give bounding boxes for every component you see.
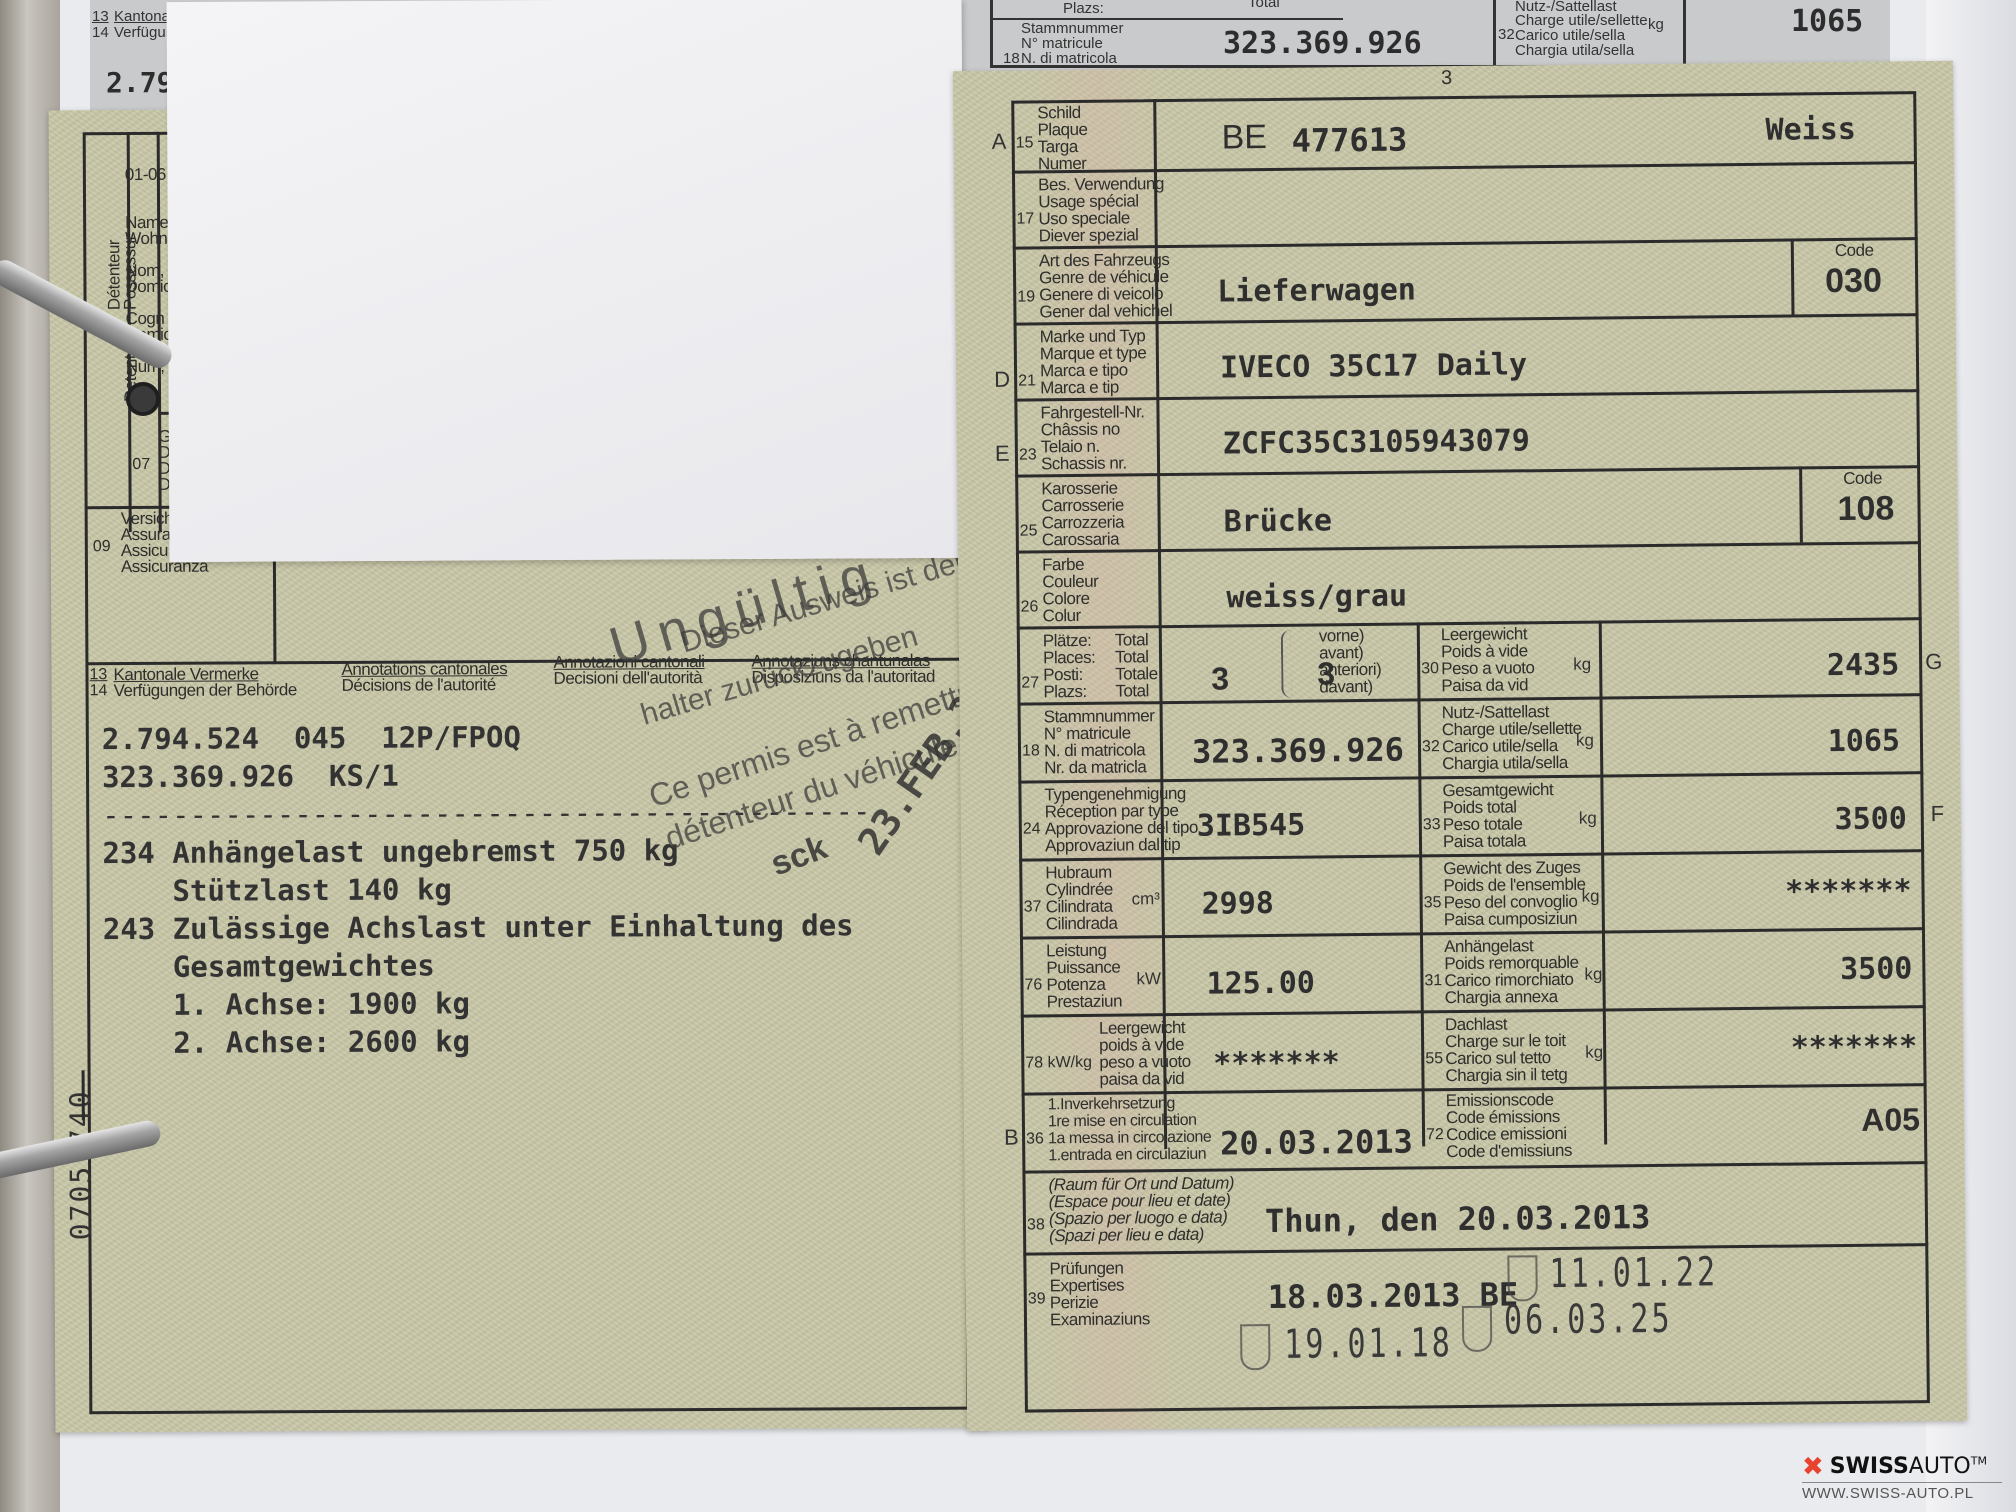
watermark-brand: ✖ SWISSAUTOTM — [1802, 1454, 2002, 1479]
bg-label-13: Kantonal — [114, 10, 173, 24]
vehicle-type-code: 030 — [1825, 262, 1882, 302]
field-18-num: 18 — [1022, 742, 1040, 760]
field-37-label-2: Cylindrée — [1045, 881, 1112, 899]
inspection-stamp-2: 11.01.22 — [1549, 1249, 1718, 1297]
bg-vline — [1683, 0, 1686, 68]
field-36-label-4: 1.entrada en circulaziun — [1048, 1146, 1206, 1165]
field-32-num: 32 — [1422, 738, 1440, 756]
field-31-label-4: Chargia annexa — [1445, 988, 1558, 1006]
field-27-num: 27 — [1021, 674, 1039, 692]
annotation-line-234: 234 Anhängelast ungebremst 750 kg — [102, 831, 678, 872]
bg-field-32-num: 32 — [1498, 28, 1515, 42]
field-33-label-2: Poids total — [1443, 798, 1517, 816]
empty-weight-value: 2435 — [1659, 647, 1899, 685]
row-letter-e: E — [995, 441, 1010, 467]
field-72-num: 72 — [1426, 1126, 1444, 1144]
row-letter-a: A — [992, 129, 1007, 155]
bg-field-32-label-4: Chargia utila/sella — [1515, 44, 1634, 58]
roof-load-value: ******* — [1677, 1029, 1917, 1067]
annotations-fr-2: Décisions de l'autorité — [342, 676, 496, 694]
inspection-stamp-1: 19.01.18 — [1284, 1320, 1453, 1368]
field-21-label-2: Marque et type — [1040, 344, 1147, 362]
field-72-label-4: Code d'emissiuns — [1446, 1142, 1572, 1160]
field-35-label-4: Paisa cumposiziun — [1444, 910, 1577, 928]
row-letter-b: B — [1004, 1125, 1019, 1151]
place-date-value: Thun, den 20.03.2013 — [1265, 1198, 1651, 1240]
bg-places-total: Total — [1248, 0, 1280, 10]
bg-field-18-num: 18 — [1003, 52, 1020, 66]
trademark: TM — [1971, 1455, 1987, 1468]
field-33-label-4: Paisa totala — [1443, 832, 1526, 850]
field-33-label-1: Gesamtgewicht — [1442, 781, 1553, 799]
places-total-4: Total — [1115, 682, 1149, 699]
annotation-line-stuetzlast: Stützlast 140 kg — [103, 870, 452, 910]
field-39-num: 39 — [1028, 1290, 1046, 1308]
field-32-label-4: Chargia utila/sella — [1442, 754, 1568, 772]
serial-number-vertical: 0705 740 — [64, 1089, 98, 1240]
brand-light: AUTO — [1909, 1454, 1971, 1479]
field-25-label-4: Carossaria — [1042, 531, 1119, 549]
field-36-num: 36 — [1026, 1130, 1044, 1148]
annotation-line-243: 243 Zulässige Achslast unter Einhaltung … — [103, 906, 854, 948]
field-37-label-4: Cilindrada — [1046, 915, 1118, 933]
field-18-label-4: Nr. da matricla — [1044, 758, 1146, 776]
bg-field-32-unit: kg — [1648, 18, 1664, 32]
places-label-1: Plätze: — [1043, 632, 1092, 650]
field-26-label-1: Farbe — [1042, 556, 1084, 573]
field-21-label-4: Marca e tip — [1040, 379, 1119, 397]
field-19-num: 19 — [1017, 288, 1035, 306]
places-total-1: Total — [1115, 631, 1149, 648]
field-31-num: 31 — [1424, 972, 1442, 990]
side-letter-f: F — [1931, 801, 1945, 827]
side-letter-g: G — [1925, 649, 1942, 675]
places-total-3: Totale — [1115, 665, 1158, 682]
plate-color: Weiss — [1765, 112, 1856, 148]
field-55-label-4: Chargia sin il tetg — [1445, 1066, 1567, 1084]
field-17-label-1: Bes. Verwendung — [1038, 175, 1164, 193]
places-label-3: Posti: — [1043, 666, 1083, 683]
field-78-label-4: paisa da vid — [1099, 1070, 1184, 1088]
field-37-label-3: Cilindrata — [1046, 898, 1113, 916]
background-sheet-row: Plazs: Total 18 Stammnummer N° matricule… — [990, 0, 1880, 68]
bg-vline — [1493, 0, 1496, 68]
field-35-unit: kg — [1581, 887, 1599, 907]
field-39-label-3: Perizie — [1050, 1294, 1099, 1312]
page-number: 3 — [1441, 70, 1452, 87]
watermark-url: WWW.SWISS-AUTO.PL — [1802, 1482, 2002, 1502]
white-cover-sheet — [167, 0, 965, 562]
field-36-label-3: 1a messa in circolazione — [1048, 1129, 1211, 1148]
places-label-2: Places: — [1043, 649, 1095, 667]
field-78-num: 78 kW/kg — [1025, 1054, 1092, 1073]
field-23-label-4: Schassis nr. — [1041, 454, 1127, 472]
row-letter-d: D — [994, 367, 1010, 393]
bg-field-18-label-2: N° matricule — [1021, 37, 1103, 51]
field-26-label-2: Couleur — [1042, 573, 1098, 591]
bg-label-14: Verfügur — [114, 26, 171, 40]
canton-bern-coat-icon — [1462, 1306, 1492, 1352]
field-76-label-1: Leistung — [1046, 942, 1106, 960]
annotations-de-2: Verfügungen der Behörde — [114, 681, 297, 699]
bg-field-32-value: 1065 — [1791, 4, 1863, 39]
holder-name-fr-2: Domic — [125, 278, 171, 295]
field-76-unit: kW — [1136, 969, 1161, 989]
field-76-num: 76 — [1024, 976, 1042, 994]
gross-weight-value: 3500 — [1667, 801, 1907, 839]
bg-value: 2.79 — [106, 66, 173, 99]
chassis-number-value: ZCFC35C3105943079 — [1223, 423, 1530, 461]
body-code: 108 — [1837, 489, 1894, 529]
field-37-unit: cm³ — [1131, 889, 1160, 909]
field-76-label-3: Potenza — [1046, 976, 1105, 994]
displacement-value: 2998 — [1201, 886, 1274, 922]
type-approval-value: 3IB545 — [1197, 808, 1306, 844]
annotation-line-achse-2: 2. Achse: 2600 kg — [103, 1022, 470, 1062]
bg-field-32-label-3: Carico utile/sella — [1515, 29, 1625, 43]
holder-name-de-2: Wohn — [125, 230, 167, 247]
bg-places-label: Plazs: — [1063, 2, 1104, 16]
bg-field-18-value: 323.369.926 — [1223, 26, 1422, 61]
field-24-num: 24 — [1023, 820, 1041, 838]
field-23-num: 23 — [1019, 446, 1037, 464]
field-31-unit: kg — [1584, 965, 1602, 985]
bg-field-18-label-3: N. di matricola — [1021, 52, 1117, 66]
vehicle-type-value: Lieferwagen — [1217, 272, 1416, 309]
field-23-label-3: Telaio n. — [1041, 438, 1100, 456]
emission-code-value: A05 — [1680, 1101, 1920, 1141]
annotation-line-1: 2.794.524 045 12P/FPOQ — [102, 718, 521, 758]
field-09-divider — [273, 559, 277, 663]
vehicle-type-code-label: Code — [1835, 242, 1874, 259]
places-brace — [1281, 630, 1292, 698]
field-38-label-4: (Spazi per lieu e data) — [1049, 1226, 1204, 1245]
brand-bold: SWISS — [1830, 1454, 1909, 1479]
holder-row-01-06: 01-06 — [125, 166, 166, 183]
plate-number: 477613 — [1291, 121, 1407, 160]
bg-num-13: 13 — [92, 10, 109, 24]
field-39-label-1: Prüfungen — [1049, 1260, 1123, 1278]
annotations-num-14: 14 — [90, 682, 108, 700]
places-total-2: Total — [1115, 648, 1149, 665]
places-front-label-2: avant) — [1319, 644, 1363, 661]
field-15-label-2: Plaque — [1037, 121, 1087, 139]
serial-tick — [82, 1070, 85, 1120]
places-front-label-3: anteriori) — [1319, 661, 1381, 679]
field-15-label-1: Schild — [1037, 104, 1080, 121]
places-front-label-4: davant) — [1319, 678, 1372, 696]
right-page: 3 A 15 Schild Plaque Targa Numer BE 4776… — [953, 61, 1967, 1431]
field-26-label-4: Colur — [1043, 607, 1081, 624]
field-76-label-4: Prestaziun — [1047, 993, 1123, 1011]
field-55-label-1: Dachlast — [1445, 1016, 1507, 1034]
field-25-num: 25 — [1020, 522, 1038, 540]
first-registration-value: 20.03.2013 — [1220, 1123, 1413, 1163]
annotation-line-2: 323.369.926 KS/1 — [102, 757, 399, 797]
field-38-num: 38 — [1027, 1216, 1045, 1234]
field-17-num: 17 — [1016, 210, 1034, 228]
field-37-label-1: Hubraum — [1045, 864, 1112, 882]
field-33-num: 33 — [1423, 816, 1441, 834]
body-type-value: Brücke — [1223, 503, 1332, 539]
field-26-label-3: Colore — [1042, 590, 1089, 607]
plate-canton: BE — [1221, 118, 1267, 157]
canton-bern-coat-icon — [1507, 1255, 1537, 1301]
towing-capacity-value: 3500 — [1672, 951, 1912, 989]
field-55-num: 55 — [1425, 1050, 1443, 1068]
field-39-label-4: Examinaziuns — [1050, 1310, 1150, 1328]
field-35-num: 35 — [1424, 894, 1442, 912]
field-07-num: 07 — [132, 456, 150, 474]
punch-hole-top — [126, 382, 160, 416]
field-33-unit: kg — [1579, 809, 1597, 829]
power-to-weight-value: ******* — [1213, 1045, 1340, 1081]
bg-field-32-label-2: Charge utile/sellette — [1515, 14, 1648, 28]
field-37-num: 37 — [1024, 898, 1042, 916]
bg-num-14: 14 — [92, 26, 109, 40]
places-total-value: 3 — [1211, 660, 1229, 697]
train-weight-value: ******* — [1671, 873, 1911, 911]
power-value: 125.00 — [1206, 966, 1315, 1002]
field-19-label-4: Gener dal vehichel — [1039, 302, 1172, 320]
annotation-line-gesamtgewicht: Gesamtgewichtes — [103, 946, 435, 986]
field-26-num: 26 — [1020, 598, 1038, 616]
field-24-label-4: Approvaziun dal tip — [1045, 836, 1180, 854]
field-32-label-2: Charge utile/sellette — [1442, 720, 1582, 738]
canton-bern-coat-icon — [1240, 1324, 1270, 1370]
field-36-label-1: 1.Inverkehrsetzung — [1048, 1095, 1175, 1113]
field-23-label-1: Fahrgestell-Nr. — [1040, 403, 1144, 421]
places-label-4: Plazs: — [1043, 683, 1086, 700]
body-code-label: Code — [1843, 470, 1882, 487]
field-15-label-3: Targa — [1038, 138, 1078, 155]
field-36-label-2: 1re mise en circulation — [1048, 1112, 1197, 1131]
matriculation-number-value: 323.369.926 — [1192, 731, 1404, 771]
swiss-cross-icon: ✖ — [1802, 1456, 1824, 1478]
field-18-label-1: Stammnummer — [1044, 707, 1155, 725]
empty-weight-label-4: Paisa da vid — [1441, 676, 1528, 694]
color-value: weiss/grau — [1226, 579, 1407, 616]
field-15-num: 15 — [1016, 134, 1034, 152]
annotation-line-achse-1: 1. Achse: 1900 kg — [103, 984, 470, 1024]
field-39-label-2: Expertises — [1050, 1277, 1125, 1295]
field-21-num: 21 — [1018, 372, 1036, 390]
field-30-num: 30 — [1421, 660, 1439, 678]
empty-weight-unit: kg — [1573, 655, 1591, 675]
field-55-unit: kg — [1585, 1043, 1603, 1063]
field-23-label-2: Châssis no — [1041, 421, 1120, 439]
bg-field-18-label-1: Stammnummer — [1021, 22, 1124, 36]
make-model-value: IVECO 35C17 Daily — [1220, 347, 1527, 385]
field-17-label-4: Diever spezial — [1039, 226, 1139, 244]
field-76-label-2: Puissance — [1046, 959, 1120, 977]
payload-value: 1065 — [1660, 723, 1900, 761]
places-front-label-1: vorne) — [1319, 627, 1364, 644]
swissauto-watermark: ✖ SWISSAUTOTM WWW.SWISS-AUTO.PL — [1802, 1454, 2002, 1502]
field-09-num: 09 — [93, 538, 111, 556]
inspection-stamp-3: 06.03.25 — [1504, 1296, 1673, 1344]
field-32-unit: kg — [1576, 731, 1594, 751]
